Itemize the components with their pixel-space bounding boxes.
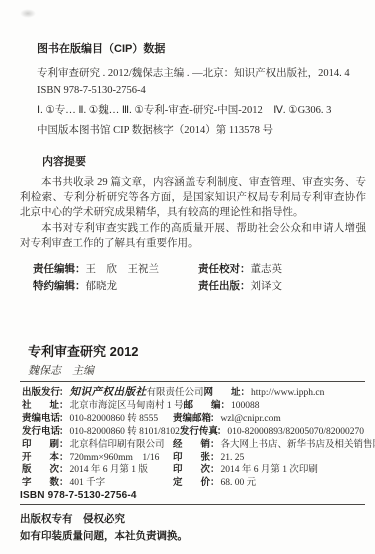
pub-label: 印刷 xyxy=(22,439,59,452)
title-block: 专利审查研究 2012 魏保志 主编 xyxy=(28,344,365,378)
colon: ： xyxy=(240,280,251,292)
editor-name: 刘译文 xyxy=(251,281,283,292)
pub-label: 责编电话 xyxy=(22,413,59,426)
pub-label: 版次 xyxy=(22,464,59,477)
pub-label: 开本 xyxy=(22,452,59,465)
colon: ： xyxy=(210,452,220,463)
abstract-paragraph-1: 本书共收录 29 篇文章，内容涵盖专利制度、审查管理、审查实务、专利检索、专利分… xyxy=(20,175,366,221)
colon: ： xyxy=(59,439,69,450)
pub-value: 010-82000893/82005070/82000270 xyxy=(227,427,364,437)
cip-isbn-line: ISBN 978-7-5130-2756-4 xyxy=(37,82,361,99)
editors-row: 特约编辑：郁晓龙 责任出版：刘译文 xyxy=(33,278,365,295)
pub-value: http://www.ipph.cn xyxy=(251,388,324,398)
colon: ： xyxy=(221,400,231,411)
colon: ： xyxy=(210,439,220,450)
isbn-line: ISBN 978-7-5130-2756-4 xyxy=(20,489,375,502)
pub-label: 印次 xyxy=(173,464,210,477)
colon: ： xyxy=(59,400,69,411)
pub-label: 邮编 xyxy=(184,400,221,413)
colon: ： xyxy=(75,280,86,292)
pub-value: 2014 年 6 月第 1 版 xyxy=(70,465,148,475)
pub-value: 401 千字 xyxy=(70,478,106,488)
pub-value: 720mm×960mm 1/16 xyxy=(70,453,160,463)
pub-label: 出版发行 xyxy=(22,387,59,400)
cip-classification-line: Ⅰ. ①专… Ⅱ. ①魏… Ⅲ. ①专利-审查-研究-中国-2012 Ⅳ. ①G… xyxy=(37,102,361,119)
colon: ： xyxy=(59,413,69,424)
pub-value: 010-82000860 转 8555 xyxy=(70,414,159,424)
pub-label: 印张 xyxy=(173,452,210,465)
cip-section: 图书在版编目（CIP）数据 专利审查研究 . 2012/魏保志主编 . —北京：… xyxy=(37,42,361,139)
pub-value: wzl@cnipr.com xyxy=(221,414,281,424)
colon: ： xyxy=(210,464,220,475)
colon: ： xyxy=(59,464,69,475)
pub-value: 北京科信印刷有限公司 xyxy=(70,440,165,450)
pub-row: 责编电话：010-82000860 转 8555 责编邮箱：wzl@cnipr.… xyxy=(22,413,371,426)
editor-label: 责任校对 xyxy=(198,263,240,275)
pub-value: 2014 年 6 月第 1 次印刷 xyxy=(221,465,318,475)
copyright-page: 图书在版编目（CIP）数据 专利审查研究 . 2012/魏保志主编 . —北京：… xyxy=(0,0,375,554)
editors-row: 责任编辑：王 欣 王祝兰 责任校对：董志英 xyxy=(33,261,365,278)
editor-label: 责任出版 xyxy=(198,280,240,292)
pub-value: 有限责任公司 xyxy=(147,388,204,398)
pub-label: 责编邮箱 xyxy=(173,413,210,426)
publication-info-section: 出版发行：知识产权出版社有限责任公司 网址：http://www.ipph.cn… xyxy=(22,387,371,490)
colon: ： xyxy=(59,387,69,398)
colon: ： xyxy=(59,477,69,488)
pub-row: 版次：2014 年 6 月第 1 版 印次：2014 年 6 月第 1 次印刷 xyxy=(22,464,371,477)
copyright-section: 出版权专有 侵权必究 如有印装质量问题，本社负责调换。 xyxy=(20,511,365,544)
editor-label: 特约编辑 xyxy=(33,280,75,292)
pub-value: 北京市海淀区马甸南村 1 号 xyxy=(70,401,184,411)
editor-label: 责任编辑 xyxy=(33,263,75,275)
colon: ： xyxy=(59,426,69,437)
pub-row: 发行电话：010-82000860 转 8101/8102 发行传真：010-8… xyxy=(22,426,371,439)
pub-row: 开本：720mm×960mm 1/16 印张：21. 25 xyxy=(22,452,371,465)
colon: ： xyxy=(59,452,69,463)
publisher-logo-text: 知识产权出版社 xyxy=(70,387,147,398)
copyright-notice: 出版权专有 侵权必究 xyxy=(20,511,365,528)
pub-value: 21. 25 xyxy=(221,453,245,463)
editor-name: 王 欣 王祝兰 xyxy=(86,264,160,275)
pub-value: 010-82000860 转 8101/8102 xyxy=(70,427,180,437)
colon: ： xyxy=(240,263,251,275)
colon: ： xyxy=(217,426,227,437)
colon: ： xyxy=(210,413,220,424)
pub-value: 100088 xyxy=(231,401,260,411)
editor-name: 董志英 xyxy=(251,264,283,275)
colon: ： xyxy=(241,387,251,398)
editors-section: 责任编辑：王 欣 王祝兰 责任校对：董志英 特约编辑：郁晓龙 责任出版：刘译文 xyxy=(33,261,365,295)
divider xyxy=(20,504,365,505)
colon: ： xyxy=(210,477,220,488)
divider xyxy=(20,381,365,382)
pub-label: 经销 xyxy=(173,439,210,452)
abstract-section: 内容提要 本书共收录 29 篇文章，内容涵盖专利制度、审查管理、审查实务、专利检… xyxy=(20,155,366,251)
cip-title-line: 专利审查研究 . 2012/魏保志主编 . —北京：知识产权出版社，2014. … xyxy=(37,65,361,82)
pub-value: 各大网上书店、新华书店及相关销售网点 xyxy=(221,440,375,450)
abstract-paragraph-2: 本书对专利审查实践工作的高质量开展、帮助社会公众和申请人增强对专利审查工作的了解… xyxy=(20,221,366,251)
pub-label: 网址 xyxy=(204,387,241,400)
pub-row: 出版发行：知识产权出版社有限责任公司 网址：http://www.ipph.cn xyxy=(22,387,371,400)
cip-heading: 图书在版编目（CIP）数据 xyxy=(37,42,361,56)
pub-row: 印刷：北京科信印刷有限公司 经销：各大网上书店、新华书店及相关销售网点 xyxy=(22,439,371,452)
abstract-heading: 内容提要 xyxy=(20,155,366,169)
pub-value: 68. 00 元 xyxy=(221,478,257,488)
colon: ： xyxy=(75,263,86,275)
reprint-notice: 如有印装质量问题，本社负责调换。 xyxy=(20,528,365,545)
cip-registration-line: 中国版本图书馆 CIP 数据核字（2014）第 113578 号 xyxy=(37,122,361,139)
editor-name: 郁晓龙 xyxy=(86,281,118,292)
pub-label: 发行电话 xyxy=(22,426,59,439)
pub-label: 发行传真 xyxy=(180,426,217,439)
pub-label: 社址 xyxy=(22,400,59,413)
book-byline: 魏保志 主编 xyxy=(28,364,365,378)
book-title: 专利审查研究 2012 xyxy=(28,344,365,360)
pub-row: 社址：北京市海淀区马甸南村 1 号 邮编：100088 xyxy=(22,400,371,413)
scan-smudge xyxy=(20,9,36,18)
